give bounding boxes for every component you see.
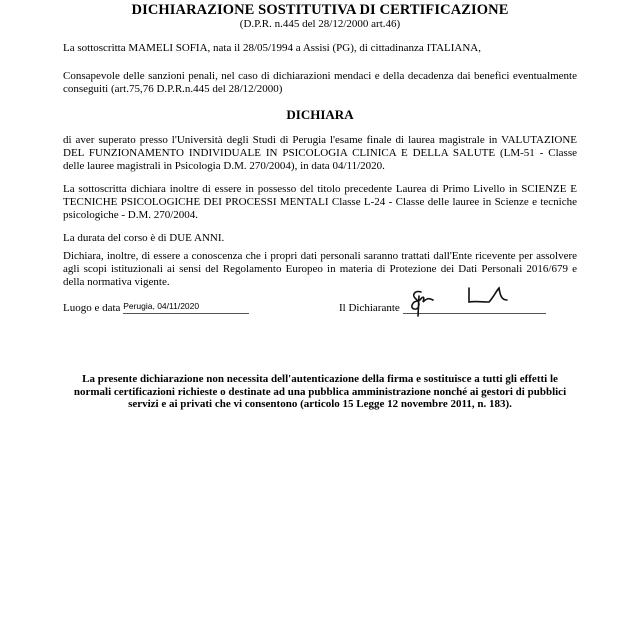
privacy-paragraph: Dichiara, inoltre, di essere a conoscenz… bbox=[63, 250, 577, 289]
degree-paragraph: di aver superato presso l'Università deg… bbox=[63, 134, 577, 173]
intro-paragraph: La sottoscritta MAMELI SOFIA, nata il 28… bbox=[63, 42, 577, 55]
duration-paragraph: La durata del corso è di DUE ANNI. bbox=[63, 232, 577, 245]
place-date-value: Perugia, 04/11/2020 bbox=[123, 301, 199, 311]
place-date-label: Luogo e data bbox=[63, 302, 120, 314]
signature-icon bbox=[403, 286, 546, 318]
document-page: DICHIARAZIONE SOSTITUTIVA DI CERTIFICAZI… bbox=[0, 0, 640, 640]
document-title: DICHIARAZIONE SOSTITUTIVA DI CERTIFICAZI… bbox=[0, 2, 640, 19]
awareness-paragraph: Consapevole delle sanzioni penali, nel c… bbox=[63, 70, 577, 96]
previous-degree-paragraph: La sottoscritta dichiara inoltre di esse… bbox=[63, 183, 577, 222]
signer-label: Il Dichiarante bbox=[339, 302, 400, 314]
signature-row: Il Dichiarante bbox=[339, 300, 546, 314]
legal-footer: La presente dichiarazione non necessita … bbox=[70, 373, 570, 411]
declares-heading: DICHIARA bbox=[0, 107, 640, 123]
document-subtitle: (D.P.R. n.445 del 28/12/2000 art.46) bbox=[0, 18, 640, 30]
place-date-field: Perugia, 04/11/2020 bbox=[123, 300, 249, 314]
place-date-row: Luogo e data Perugia, 04/11/2020 bbox=[63, 300, 249, 314]
signature-field bbox=[403, 300, 546, 314]
